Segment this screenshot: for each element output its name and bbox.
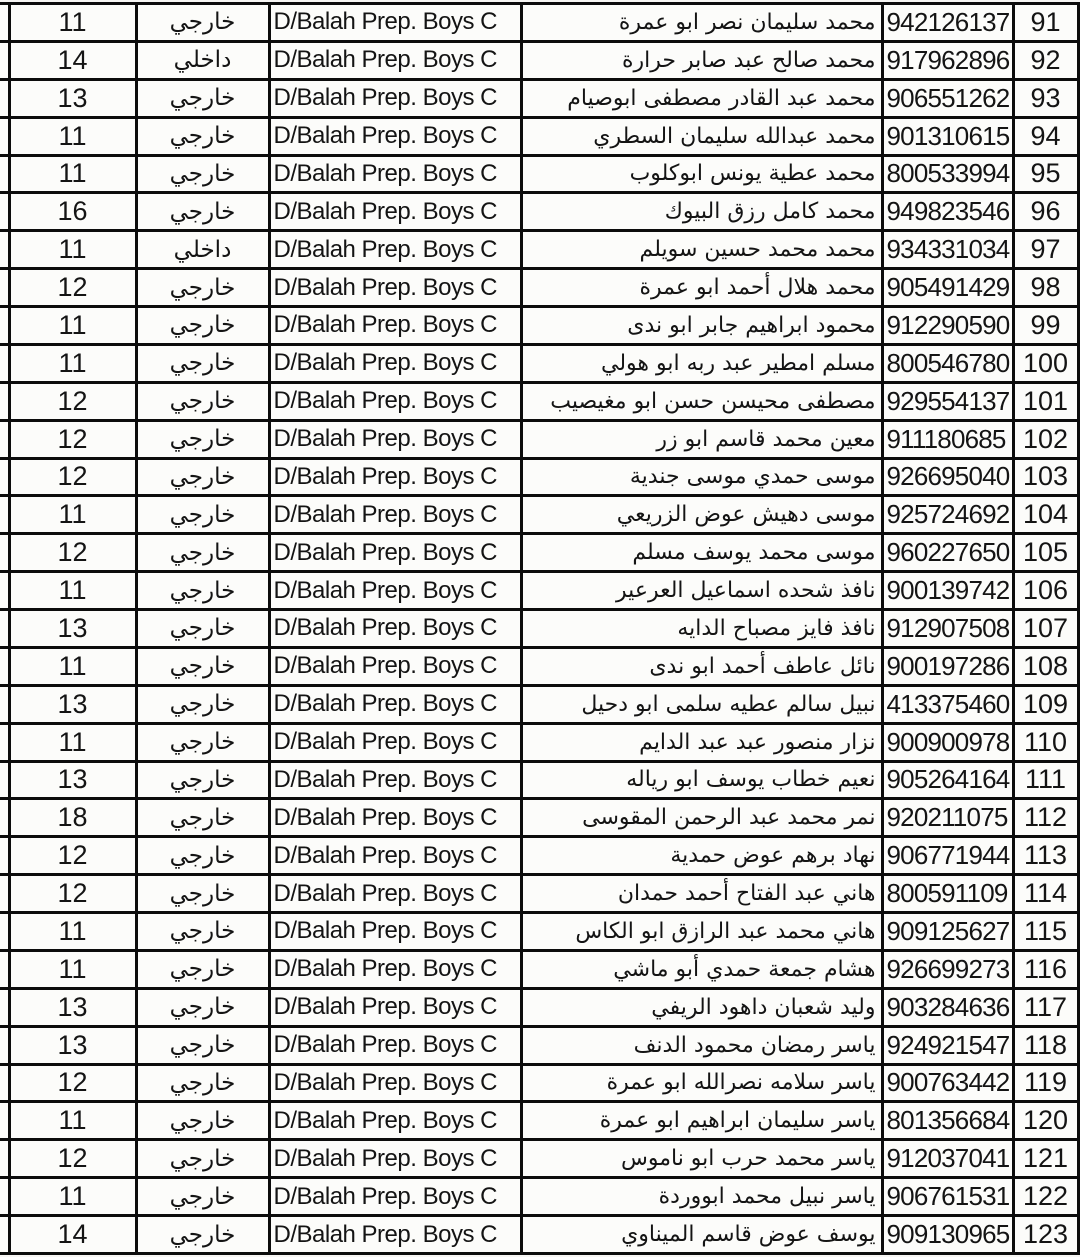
status-cell: خارجي [136,420,269,458]
table-row: : 11 خارجي D/Balah Prep. Boys C ياسر نبي… [0,1178,1078,1216]
edge-fragment-text: : [0,429,8,449]
count-cell: 12 [9,875,136,913]
edge-fragment-text: : [0,846,8,866]
cut-off-column-fragment [0,344,9,382]
national-id-cell: 906551262 [882,79,1013,117]
cut-off-column-fragment: : [0,1178,9,1216]
school-cell: D/Balah Prep. Boys C [269,610,521,648]
cut-off-column-fragment: : [0,837,9,875]
school-cell: D/Balah Prep. Boys C [269,647,521,685]
table-row: : 12 خارجي D/Balah Prep. Boys C معين محم… [0,420,1078,458]
cut-off-column-fragment: : [0,307,9,345]
status-cell: خارجي [136,799,269,837]
table-row: : 13 خارجي D/Balah Prep. Boys C وليد شعب… [0,988,1078,1026]
status-cell: داخلي [136,41,269,79]
row-number-cell: 103 [1013,458,1078,496]
student-name-cell: نافذ شحده اسماعيل العرعير [521,572,882,610]
school-cell: D/Balah Prep. Boys C [269,269,521,307]
cut-off-column-fragment: : [0,799,9,837]
cut-off-column-fragment: : [0,269,9,307]
row-number-cell: 101 [1013,382,1078,420]
status-cell: خارجي [136,155,269,193]
row-number-cell: 98 [1013,269,1078,307]
row-number-cell: 120 [1013,1102,1078,1140]
student-name-cell: مسلم امطير عبد ربه ابو هولي [521,344,882,382]
student-name-cell: ياسر رمضان محمود الدنف [521,1026,882,1064]
school-cell: D/Balah Prep. Boys C [269,231,521,269]
status-cell: خارجي [136,344,269,382]
row-number-cell: 99 [1013,307,1078,345]
school-cell: D/Balah Prep. Boys C [269,875,521,913]
cut-off-column-fragment: : [0,1216,9,1254]
national-id-cell: 905491429 [882,269,1013,307]
status-cell: خارجي [136,1102,269,1140]
student-name-cell: موسى دهيش عوض الزريعي [521,496,882,534]
cut-off-column-fragment: : [0,79,9,117]
status-cell: خارجي [136,572,269,610]
student-name-cell: هاني محمد عبد الرازق ابو الكاس [521,913,882,951]
student-name-cell: نبيل سالم عطيه سلمى ابو دحيل [521,685,882,723]
table-row: 11 خارجي D/Balah Prep. Boys C هاني محمد … [0,913,1078,951]
status-cell: خارجي [136,117,269,155]
row-number-cell: 123 [1013,1216,1078,1254]
count-cell: 11 [9,913,136,951]
cut-off-column-fragment: : [0,1102,9,1140]
school-cell: D/Balah Prep. Boys C [269,344,521,382]
national-id-cell: 800533994 [882,155,1013,193]
school-cell: D/Balah Prep. Boys C [269,193,521,231]
row-number-cell: 119 [1013,1064,1078,1102]
status-cell: خارجي [136,307,269,345]
count-cell: 12 [9,458,136,496]
school-cell: D/Balah Prep. Boys C [269,420,521,458]
school-cell: D/Balah Prep. Boys C [269,307,521,345]
count-cell: 13 [9,685,136,723]
student-name-cell: نزار منصور عبد عبد الدايم [521,723,882,761]
count-cell: 18 [9,799,136,837]
table-body: : 11 خارجي D/Balah Prep. Boys C محمد سلي… [0,4,1078,1254]
cut-off-column-fragment: : [0,988,9,1026]
edge-fragment-text: : [0,164,8,184]
student-name-cell: يوسف عوض قاسم الميناوي [521,1216,882,1254]
row-number-cell: 95 [1013,155,1078,193]
status-cell: خارجي [136,193,269,231]
edge-fragment-text: : [0,240,8,260]
national-id-cell: 926695040 [882,458,1013,496]
student-name-cell: نمر محمد عبد الرحمن المقوسى [521,799,882,837]
national-id-cell: 912290590 [882,307,1013,345]
status-cell: خارجي [136,79,269,117]
table-row: : 13 خارجي D/Balah Prep. Boys C محمد عبد… [0,79,1078,117]
school-cell: D/Balah Prep. Boys C [269,1102,521,1140]
cut-off-column-fragment: : [0,496,9,534]
school-cell: D/Balah Prep. Boys C [269,382,521,420]
national-id-cell: 920211075 [882,799,1013,837]
student-name-cell: موسى حمدي موسى جندية [521,458,882,496]
cut-off-column-fragment: : [0,4,9,42]
student-name-cell: نافذ فايز مصباح الدايه [521,610,882,648]
status-cell: خارجي [136,647,269,685]
student-name-cell: هشام جمعة حمدي أبو ماشي [521,950,882,988]
table-row: : 12 خارجي D/Balah Prep. Boys C مصطفى مح… [0,382,1078,420]
cut-off-column-fragment: : [0,685,9,723]
status-cell: خارجي [136,685,269,723]
count-cell: 12 [9,837,136,875]
row-number-cell: 93 [1013,79,1078,117]
edge-fragment-text: : [0,1035,8,1055]
school-cell: D/Balah Prep. Boys C [269,458,521,496]
student-name-cell: ياسر نبيل محمد ابووردة [521,1178,882,1216]
national-id-cell: 903284636 [882,988,1013,1026]
student-name-cell: ياسر سلامه نصرالله ابو عمرة [521,1064,882,1102]
national-id-cell: 909125627 [882,913,1013,951]
edge-fragment-text: : [0,1225,8,1245]
school-cell: D/Balah Prep. Boys C [269,1064,521,1102]
national-id-cell: 905264164 [882,761,1013,799]
status-cell: خارجي [136,382,269,420]
count-cell: 12 [9,420,136,458]
count-cell: 13 [9,79,136,117]
student-name-cell: محمد سليمان نصر ابو عمرة [521,4,882,42]
national-id-cell: 960227650 [882,534,1013,572]
status-cell: خارجي [136,534,269,572]
cut-off-column-fragment [0,41,9,79]
school-cell: D/Balah Prep. Boys C [269,117,521,155]
table-row: 11 خارجي D/Balah Prep. Boys C نائل عاطف … [0,647,1078,685]
school-cell: D/Balah Prep. Boys C [269,1140,521,1178]
row-number-cell: 94 [1013,117,1078,155]
status-cell: داخلي [136,231,269,269]
student-name-cell: نعيم خطاب يوسف ابو رياله [521,761,882,799]
school-cell: D/Balah Prep. Boys C [269,155,521,193]
count-cell: 13 [9,610,136,648]
count-cell: 11 [9,344,136,382]
edge-fragment-text: : [0,12,8,32]
school-cell: D/Balah Prep. Boys C [269,988,521,1026]
cut-off-column-fragment [0,761,9,799]
national-id-cell: 909130965 [882,1216,1013,1254]
table-row: : 13 خارجي D/Balah Prep. Boys C نبيل سال… [0,685,1078,723]
student-name-cell: ياسر سليمان ابراهيم ابو عمرة [521,1102,882,1140]
cut-off-column-fragment: : [0,117,9,155]
school-cell: D/Balah Prep. Boys C [269,1026,521,1064]
student-name-cell: محمد عطية يونس ابوكلوب [521,155,882,193]
count-cell: 11 [9,950,136,988]
cut-off-column-fragment [0,534,9,572]
cut-off-column-fragment [0,875,9,913]
count-cell: 11 [9,117,136,155]
row-number-cell: 106 [1013,572,1078,610]
cut-off-column-fragment: : [0,382,9,420]
student-name-cell: محمد عبدالله سليمان السطري [521,117,882,155]
table-row: 12 خارجي D/Balah Prep. Boys C ياسر محمد … [0,1140,1078,1178]
edge-fragment-text: : [0,126,8,146]
student-name-cell: محمد محمد حسين سويلم [521,231,882,269]
school-cell: D/Balah Prep. Boys C [269,572,521,610]
school-cell: D/Balah Prep. Boys C [269,913,521,951]
national-id-cell: 929554137 [882,382,1013,420]
student-name-cell: محمد هلال أحمد ابو عمرة [521,269,882,307]
national-id-cell: 801356684 [882,1102,1013,1140]
cut-off-column-fragment: : [0,420,9,458]
table-row: : 11 خارجي D/Balah Prep. Boys C نزار منص… [0,723,1078,761]
edge-fragment-text: : [0,88,8,108]
edge-fragment-text: : [0,391,8,411]
row-number-cell: 116 [1013,950,1078,988]
national-id-cell: 949823546 [882,193,1013,231]
status-cell: خارجي [136,1026,269,1064]
status-cell: خارجي [136,837,269,875]
table-row: : 14 خارجي D/Balah Prep. Boys C يوسف عوض… [0,1216,1078,1254]
table-row: : 11 خارجي D/Balah Prep. Boys C ياسر سلي… [0,1102,1078,1140]
edge-fragment-text: : [0,467,8,487]
count-cell: 11 [9,307,136,345]
row-number-cell: 112 [1013,799,1078,837]
cut-off-column-fragment [0,610,9,648]
school-cell: D/Balah Prep. Boys C [269,723,521,761]
school-cell: D/Balah Prep. Boys C [269,496,521,534]
status-cell: خارجي [136,610,269,648]
edge-fragment-text: : [0,315,8,335]
row-number-cell: 109 [1013,685,1078,723]
row-number-cell: 102 [1013,420,1078,458]
national-id-cell: 901310615 [882,117,1013,155]
row-number-cell: 92 [1013,41,1078,79]
status-cell: خارجي [136,723,269,761]
edge-fragment-text: : [0,202,8,222]
edge-fragment-text: : [0,278,8,298]
row-number-cell: 96 [1013,193,1078,231]
count-cell: 11 [9,155,136,193]
row-number-cell: 117 [1013,988,1078,1026]
table-row: : 18 خارجي D/Balah Prep. Boys C نمر محمد… [0,799,1078,837]
table-row: : 11 خارجي D/Balah Prep. Boys C موسى دهي… [0,496,1078,534]
national-id-cell: 900139742 [882,572,1013,610]
count-cell: 13 [9,761,136,799]
national-id-cell: 942126137 [882,4,1013,42]
cut-off-column-fragment [0,1140,9,1178]
school-cell: D/Balah Prep. Boys C [269,685,521,723]
student-name-cell: محمد عبد القادر مصطفى ابوصيام [521,79,882,117]
count-cell: 12 [9,269,136,307]
row-number-cell: 114 [1013,875,1078,913]
row-number-cell: 97 [1013,231,1078,269]
student-name-cell: موسى محمد يوسف مسلم [521,534,882,572]
national-id-cell: 413375460 [882,685,1013,723]
row-number-cell: 111 [1013,761,1078,799]
national-id-cell: 906771944 [882,837,1013,875]
cut-off-column-fragment: : [0,155,9,193]
table-row: 11 خارجي D/Balah Prep. Boys C هشام جمعة … [0,950,1078,988]
national-id-cell: 900763442 [882,1064,1013,1102]
table-row: 12 خارجي D/Balah Prep. Boys C موسى محمد … [0,534,1078,572]
table-row: : 12 خارجي D/Balah Prep. Boys C محمد هلا… [0,269,1078,307]
cut-off-column-fragment [0,950,9,988]
table-row: : 11 خارجي D/Balah Prep. Boys C محمد عبد… [0,117,1078,155]
student-name-cell: هاني عبد الفتاح أحمد حمدان [521,875,882,913]
count-cell: 13 [9,988,136,1026]
row-number-cell: 105 [1013,534,1078,572]
status-cell: خارجي [136,496,269,534]
status-cell: خارجي [136,875,269,913]
cut-off-column-fragment: : [0,458,9,496]
cut-off-column-fragment: : [0,1064,9,1102]
row-number-cell: 118 [1013,1026,1078,1064]
edge-fragment-text: : [0,694,8,714]
national-id-cell: 800591109 [882,875,1013,913]
school-cell: D/Balah Prep. Boys C [269,761,521,799]
row-number-cell: 91 [1013,4,1078,42]
edge-fragment-text: : [0,505,8,525]
cut-off-column-fragment: : [0,572,9,610]
count-cell: 11 [9,496,136,534]
status-cell: خارجي [136,4,269,42]
national-id-cell: 926699273 [882,950,1013,988]
table-row: : 12 خارجي D/Balah Prep. Boys C ياسر سلا… [0,1064,1078,1102]
student-name-cell: نائل عاطف أحمد ابو ندى [521,647,882,685]
edge-fragment-text: : [0,581,8,601]
edge-fragment-text: : [0,1187,8,1207]
students-table: : 11 خارجي D/Balah Prep. Boys C محمد سلي… [0,2,1080,1255]
table-row: : 11 خارجي D/Balah Prep. Boys C محمد سلي… [0,4,1078,42]
count-cell: 13 [9,1026,136,1064]
table-row: 12 خارجي D/Balah Prep. Boys C هاني عبد ا… [0,875,1078,913]
cut-off-column-fragment: : [0,723,9,761]
row-number-cell: 110 [1013,723,1078,761]
status-cell: خارجي [136,988,269,1026]
row-number-cell: 100 [1013,344,1078,382]
row-number-cell: 107 [1013,610,1078,648]
table-row: : 12 خارجي D/Balah Prep. Boys C نهاد بره… [0,837,1078,875]
table-row: 14 داخلي D/Balah Prep. Boys C محمد صالح … [0,41,1078,79]
count-cell: 12 [9,534,136,572]
national-id-cell: 934331034 [882,231,1013,269]
table-row: : 11 داخلي D/Balah Prep. Boys C محمد محم… [0,231,1078,269]
cut-off-column-fragment: : [0,231,9,269]
count-cell: 11 [9,4,136,42]
school-cell: D/Balah Prep. Boys C [269,79,521,117]
edge-fragment-text: : [0,1111,8,1131]
student-name-cell: مصطفى محيسن حسن ابو مغيصيب [521,382,882,420]
row-number-cell: 122 [1013,1178,1078,1216]
student-name-cell: وليد شعبان داهود الريفي [521,988,882,1026]
count-cell: 11 [9,723,136,761]
status-cell: خارجي [136,269,269,307]
student-name-cell: محمود ابراهيم جابر ابو ندى [521,307,882,345]
status-cell: خارجي [136,761,269,799]
row-number-cell: 113 [1013,837,1078,875]
count-cell: 12 [9,1140,136,1178]
student-name-cell: ياسر محمد حرب ابو ناموس [521,1140,882,1178]
row-number-cell: 115 [1013,913,1078,951]
school-cell: D/Balah Prep. Boys C [269,41,521,79]
school-cell: D/Balah Prep. Boys C [269,4,521,42]
national-id-cell: 917962896 [882,41,1013,79]
school-cell: D/Balah Prep. Boys C [269,799,521,837]
school-cell: D/Balah Prep. Boys C [269,1178,521,1216]
status-cell: خارجي [136,913,269,951]
table-row: : 11 خارجي D/Balah Prep. Boys C محمود اب… [0,307,1078,345]
table-row: : 16 خارجي D/Balah Prep. Boys C محمد كام… [0,193,1078,231]
status-cell: خارجي [136,1178,269,1216]
national-id-cell: 924921547 [882,1026,1013,1064]
national-id-cell: 900900978 [882,723,1013,761]
national-id-cell: 912037041 [882,1140,1013,1178]
school-cell: D/Balah Prep. Boys C [269,950,521,988]
edge-fragment-text: : [0,808,8,828]
edge-fragment-text: : [0,1073,8,1093]
count-cell: 16 [9,193,136,231]
table-row: : 11 خارجي D/Balah Prep. Boys C نافذ شحد… [0,572,1078,610]
scanned-student-list-page: : 11 خارجي D/Balah Prep. Boys C محمد سلي… [0,0,1080,1257]
row-number-cell: 121 [1013,1140,1078,1178]
school-cell: D/Balah Prep. Boys C [269,837,521,875]
status-cell: خارجي [136,458,269,496]
cut-off-column-fragment [0,913,9,951]
table-row: : 13 خارجي D/Balah Prep. Boys C ياسر رمض… [0,1026,1078,1064]
cut-off-column-fragment: : [0,1026,9,1064]
edge-fragment-text: : [0,732,8,752]
count-cell: 14 [9,41,136,79]
count-cell: 11 [9,1178,136,1216]
row-number-cell: 108 [1013,647,1078,685]
count-cell: 14 [9,1216,136,1254]
status-cell: خارجي [136,1216,269,1254]
row-number-cell: 104 [1013,496,1078,534]
school-cell: D/Balah Prep. Boys C [269,534,521,572]
table-row: : 12 خارجي D/Balah Prep. Boys C موسى حمد… [0,458,1078,496]
count-cell: 11 [9,231,136,269]
table-row: 13 خارجي D/Balah Prep. Boys C نعيم خطاب … [0,761,1078,799]
national-id-cell: 925724692 [882,496,1013,534]
table-row: 11 خارجي D/Balah Prep. Boys C مسلم امطير… [0,344,1078,382]
student-name-cell: نهاد برهم عوض حمدية [521,837,882,875]
national-id-cell: 911180685 [882,420,1013,458]
table-row: : 11 خارجي D/Balah Prep. Boys C محمد عطي… [0,155,1078,193]
count-cell: 11 [9,572,136,610]
student-name-cell: محمد صالح عبد صابر حرارة [521,41,882,79]
cut-off-column-fragment [0,647,9,685]
national-id-cell: 800546780 [882,344,1013,382]
national-id-cell: 912907508 [882,610,1013,648]
status-cell: خارجي [136,1064,269,1102]
count-cell: 12 [9,1064,136,1102]
student-name-cell: محمد كامل رزق البيوك [521,193,882,231]
edge-fragment-text: : [0,997,8,1017]
national-id-cell: 900197286 [882,647,1013,685]
school-cell: D/Balah Prep. Boys C [269,1216,521,1254]
count-cell: 11 [9,1102,136,1140]
national-id-cell: 906761531 [882,1178,1013,1216]
status-cell: خارجي [136,1140,269,1178]
status-cell: خارجي [136,950,269,988]
table-row: 13 خارجي D/Balah Prep. Boys C نافذ فايز … [0,610,1078,648]
count-cell: 11 [9,647,136,685]
cut-off-column-fragment: : [0,193,9,231]
student-name-cell: معين محمد قاسم ابو زر [521,420,882,458]
count-cell: 12 [9,382,136,420]
